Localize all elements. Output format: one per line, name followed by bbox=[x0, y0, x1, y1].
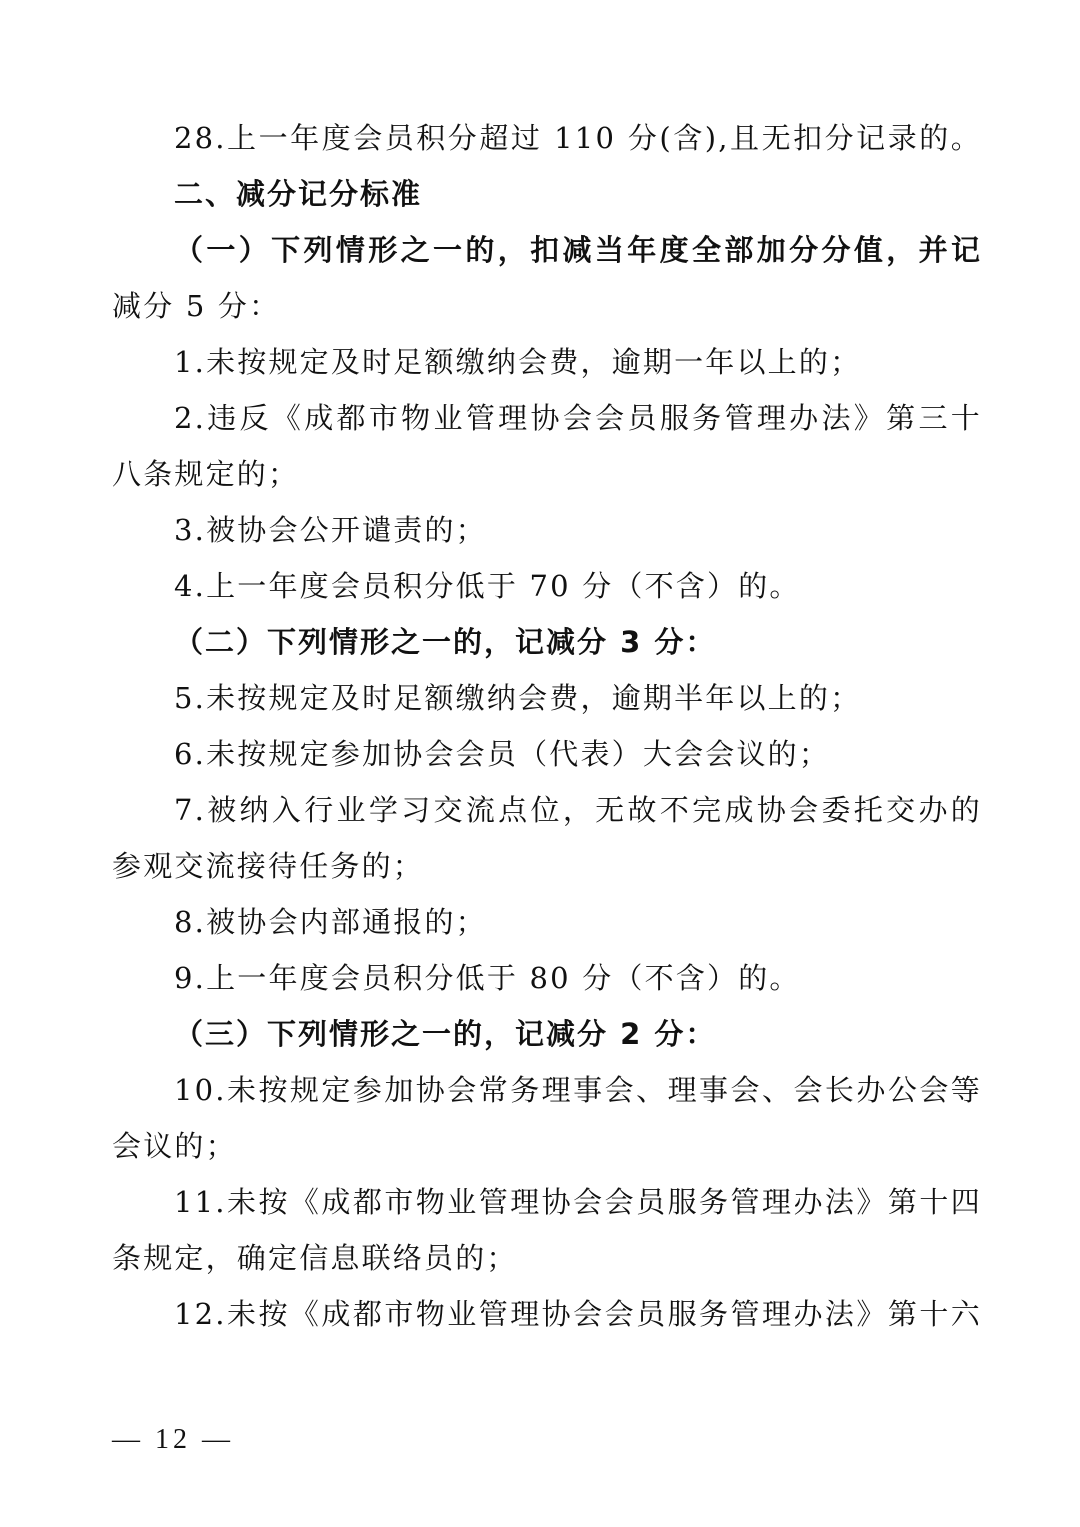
item-10: 10.未按规定参加协会常务理事会、理事会、会长办公会等 bbox=[174, 1062, 982, 1118]
item-5: 5.未按规定及时足额缴纳会费，逾期半年以上的； bbox=[174, 670, 982, 726]
item-8: 8.被协会内部通报的； bbox=[174, 894, 982, 950]
item-2: 2.违反《成都市物业管理协会会员服务管理办法》第三十 bbox=[174, 390, 982, 446]
item-11-cont: 条规定，确定信息联络员的； bbox=[112, 1230, 982, 1286]
subsection-1-heading-cont: 减分 5 分： bbox=[112, 278, 982, 334]
item-7-cont: 参观交流接待任务的； bbox=[112, 838, 982, 894]
subsection-1-heading: （一）下列情形之一的，扣减当年度全部加分分值，并记 bbox=[174, 222, 982, 278]
page-number: — 12 — bbox=[112, 1420, 234, 1460]
item-6: 6.未按规定参加协会会员（代表）大会会议的； bbox=[174, 726, 982, 782]
item-11: 11.未按《成都市物业管理协会会员服务管理办法》第十四 bbox=[174, 1174, 982, 1230]
subsection-3-heading: （三）下列情形之一的，记减分 2 分： bbox=[174, 1006, 1044, 1062]
item-28: 28.上一年度会员积分超过 110 分(含),且无扣分记录的。 bbox=[174, 110, 982, 166]
item-1: 1.未按规定及时足额缴纳会费，逾期一年以上的； bbox=[174, 334, 982, 390]
item-2-cont: 八条规定的； bbox=[112, 446, 982, 502]
item-7: 7.被纳入行业学习交流点位，无故不完成协会委托交办的 bbox=[174, 782, 982, 838]
section-heading-deduction-standards: 二、减分记分标准 bbox=[174, 166, 982, 222]
item-10-cont: 会议的； bbox=[112, 1118, 982, 1174]
item-3: 3.被协会公开谴责的； bbox=[174, 502, 982, 558]
item-12: 12.未按《成都市物业管理协会会员服务管理办法》第十六 bbox=[174, 1286, 982, 1342]
subsection-2-heading: （二）下列情形之一的，记减分 3 分： bbox=[174, 614, 1044, 670]
item-4: 4.上一年度会员积分低于 70 分（不含）的。 bbox=[174, 558, 982, 614]
item-9: 9.上一年度会员积分低于 80 分（不含）的。 bbox=[174, 950, 982, 1006]
